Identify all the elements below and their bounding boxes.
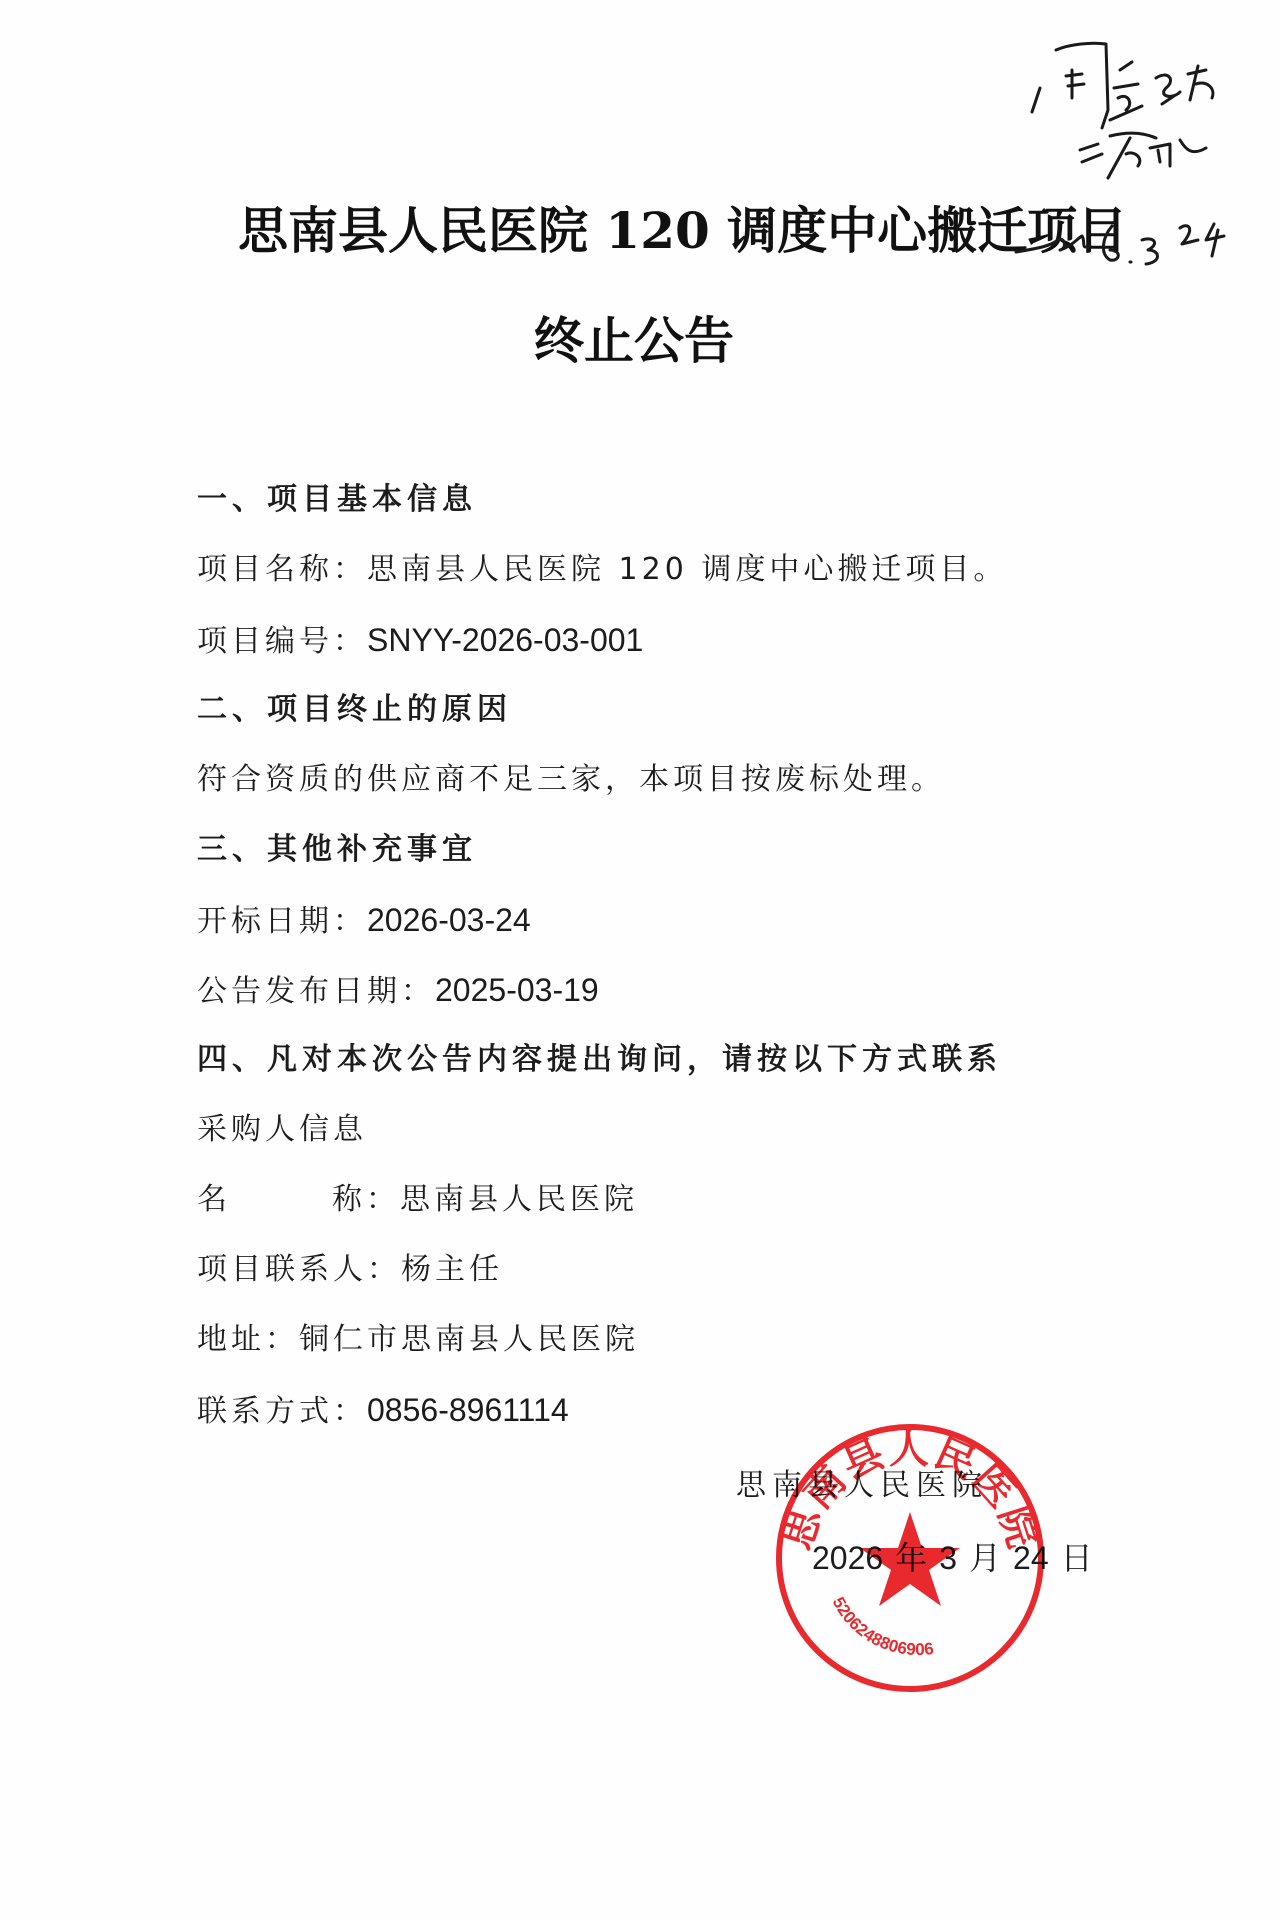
bid-opening-date-value: 2026-03-24 <box>367 902 531 938</box>
section-heading-contact: 四、凡对本次公告内容提出询问，请按以下方式联系 <box>197 1040 1002 1080</box>
contact-person-line: 项目联系人：杨主任 <box>197 1250 503 1290</box>
purchaser-name-label-a: 名 <box>197 1180 332 1220</box>
section-heading-termination-reason: 二、项目终止的原因 <box>197 690 512 730</box>
handwritten-approval-note <box>1010 40 1240 190</box>
official-seal-stamp: 思南县人民医院 5206248806906 <box>772 1420 1048 1696</box>
signature-date-day-unit: 日 <box>1061 1540 1093 1576</box>
bid-opening-date-label: 开标日期： <box>197 904 367 939</box>
section-heading-other-matters: 三、其他补充事宜 <box>197 830 477 870</box>
handwritten-date-note <box>1010 210 1240 280</box>
contact-person-value: 杨主任 <box>401 1252 503 1287</box>
contact-person-label: 项目联系人： <box>197 1252 401 1287</box>
contact-phone-label: 联系方式： <box>197 1394 367 1429</box>
document-subtitle: 终止公告 <box>0 306 1280 376</box>
project-number-label: 项目编号： <box>197 624 367 659</box>
purchaser-name-value: 思南县人民医院 <box>400 1182 638 1217</box>
publish-date-label: 公告发布日期： <box>197 974 435 1009</box>
project-name-value: 思南县人民医院 120 调度中心搬迁项目。 <box>367 552 1007 587</box>
document-title: 思南县人民医院 120 调度中心搬迁项目 <box>238 196 1127 266</box>
address-value: 铜仁市思南县人民医院 <box>299 1322 639 1357</box>
project-name-label: 项目名称： <box>197 552 367 587</box>
contact-phone-line: 联系方式：0856-8961114 <box>197 1390 569 1432</box>
project-number-value: SNYY-2026-03-001 <box>367 622 643 658</box>
bid-opening-date-line: 开标日期：2026-03-24 <box>197 900 531 942</box>
document-page: 同意发布 二〇二六 思南县人民医院 120 调度中心搬迁项目 2026.3.24… <box>0 0 1280 1920</box>
project-number-line: 项目编号：SNYY-2026-03-001 <box>197 620 643 662</box>
address-label: 地址： <box>197 1322 299 1357</box>
publish-date-value: 2025-03-19 <box>435 972 599 1008</box>
address-line: 地址：铜仁市思南县人民医院 <box>197 1320 639 1360</box>
termination-reason-text: 符合资质的供应商不足三家，本项目按废标处理。 <box>197 760 945 800</box>
star-icon <box>860 1512 960 1606</box>
purchaser-name-label-b: 称： <box>332 1182 400 1217</box>
contact-phone-value: 0856-8961114 <box>367 1392 569 1428</box>
project-name-line: 项目名称：思南县人民医院 120 调度中心搬迁项目。 <box>197 550 1007 590</box>
purchaser-info-label: 采购人信息 <box>197 1110 367 1150</box>
purchaser-name-line: 名称：思南县人民医院 <box>197 1180 638 1220</box>
publish-date-line: 公告发布日期：2025-03-19 <box>197 970 599 1012</box>
section-heading-basic-info: 一、项目基本信息 <box>197 480 477 520</box>
